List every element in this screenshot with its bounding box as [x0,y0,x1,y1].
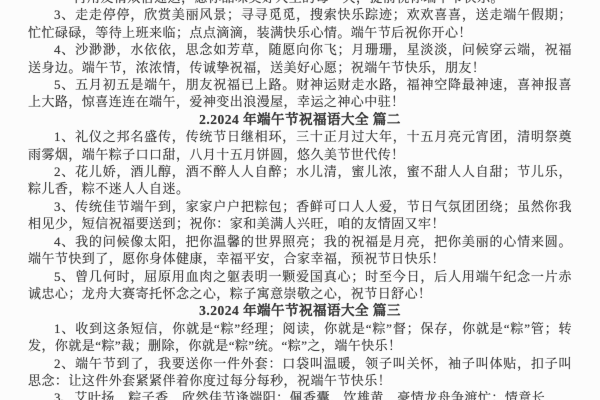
paragraph: 2、花儿娇，酒儿醇，酒不醉人人自醉；水儿清，蜜儿浓，蜜不甜人人自甜；节儿乐，粽儿… [28,163,572,198]
document-content: 再用友情双倍递送，愿你品味美好人生的每一天，提前祝你端午节快乐。 3、走走停停，… [28,0,572,400]
paragraph: 1、礼仪之邦名盛传，传统节日继相环，三十正月过大年，十五月亮元宵团，清明祭奠雨雾… [28,128,572,163]
paragraph: 4、我的问候像太阳，把你温馨的世界照亮；我的祝福是月亮，把你美丽的心情来圆。端午… [28,233,572,268]
document-page: 再用友情双倍递送，愿你品味美好人生的每一天，提前祝你端午节快乐。 3、走走停停，… [0,0,600,400]
paragraph: 5、五月初五是端午，朋友祝福已上路。财神运财走水路，福神空降最神速，喜神报喜上大… [28,76,572,111]
paragraph: 2、端午节到了，我要送你一件外套：口袋叫温暖，领子叫关怀，袖子叫体贴，扣子叫思念… [28,355,572,390]
paragraph: 5、曾几何时，屈原用血肉之躯表明一颗爱国真心；时至今日，后人用端午纪念一片赤诚忠… [28,268,572,303]
section-heading-part3: 3.2024 年端午节祝福语大全 篇三 [28,302,572,319]
paragraph: 3、走走停停，欣赏美丽风景；寻寻觅觅，搜索快乐踪迹；欢欢喜喜，送走端午假期；忙忙… [28,6,572,41]
paragraph: 1、收到这条短信，你就是“粽”经理；阅读，你就是“粽”督；保存，你就是“粽”管；… [28,320,572,355]
paragraph: 3、传统佳节端午到，家家户户把粽包；香鲜可口人人爱，节日气氛团团绕；虽然你我相见… [28,198,572,233]
section-heading-part2: 2.2024 年端午节祝福语大全 篇二 [28,111,572,128]
paragraph: 4、沙渺渺，水依依，思念如芳草，随愿向你飞；月珊珊，星淡淡，问候穿云端，祝福送身… [28,41,572,76]
paragraph-cutoff-bottom: 3、艾叶扬，粽子香，欣然佳节逢端阳；佩香囊，饮雄黄，豪情龙舟争渡忙；情意长， [28,389,572,400]
